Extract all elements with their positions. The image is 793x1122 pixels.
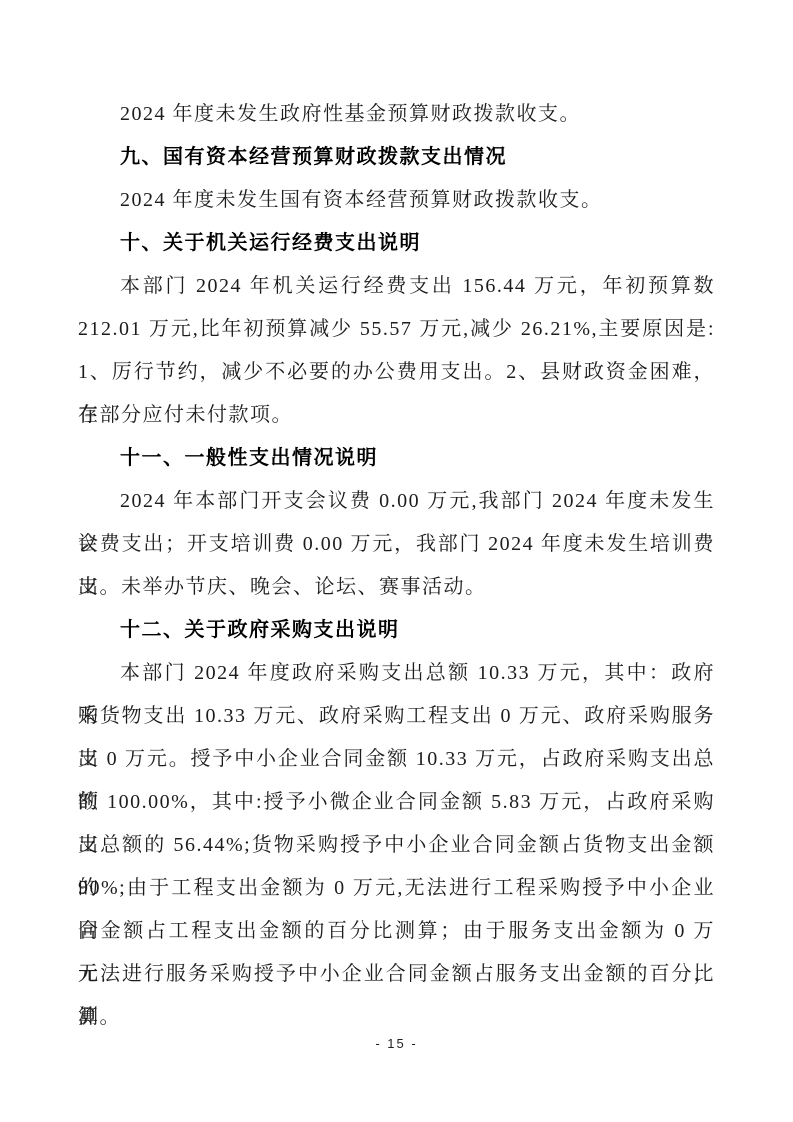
paragraph-procurement-line-2: 购货物支出 10.33 万元、政府采购工程支出 0 万元、政府采购服务支 [78, 695, 715, 738]
paragraph-operating-line-4: 在部分应付未付款项。 [78, 394, 715, 437]
heading-section-9: 九、国有资本经营预算财政拨款支出情况 [78, 136, 715, 179]
paragraph-procurement-line-5: 出总额的 56.44%;货物采购授予中小企业合同金额占货物支出金额的 [78, 824, 715, 867]
paragraph-procurement-line-8: 无法进行服务采购授予中小企业合同金额占服务支出金额的百分比测 [78, 953, 715, 996]
paragraph-state-capital-line: 2024 年度未发生国有资本经营预算财政拨款收支。 [78, 179, 715, 222]
paragraph-procurement-line-7: 同金额占工程支出金额的百分比测算；由于服务支出金额为 0 万元， [78, 910, 715, 953]
paragraph-general-line-2: 议费支出；开支培训费 0.00 万元，我部门 2024 年度未发生培训费支 [78, 523, 715, 566]
paragraph-general-line-3: 出。未举办节庆、晚会、论坛、赛事活动。 [78, 566, 715, 609]
page-number: - 15 - [0, 1034, 793, 1054]
paragraph-procurement-line-9: 算。 [78, 996, 715, 1039]
document-content: 2024 年度未发生政府性基金预算财政拨款收支。 九、国有资本经营预算财政拨款支… [78, 93, 715, 1039]
paragraph-procurement-line-4: 的 100.00%，其中:授予小微企业合同金额 5.83 万元，占政府采购支 [78, 781, 715, 824]
paragraph-operating-line-3: 1、厉行节约，减少不必要的办公费用支出。2、县财政资金困难，存 [78, 351, 715, 394]
paragraph-procurement-line-6: 90%;由于工程支出金额为 0 万元,无法进行工程采购授予中小企业合 [78, 867, 715, 910]
paragraph-operating-line-2: 212.01 万元,比年初预算减少 55.57 万元,减少 26.21%,主要原… [78, 308, 715, 351]
heading-section-12: 十二、关于政府采购支出说明 [78, 609, 715, 652]
heading-section-10: 十、关于机关运行经费支出说明 [78, 222, 715, 265]
paragraph-general-line-1: 2024 年本部门开支会议费 0.00 万元,我部门 2024 年度未发生会 [78, 480, 715, 523]
paragraph-gov-fund-line: 2024 年度未发生政府性基金预算财政拨款收支。 [78, 93, 715, 136]
heading-section-11: 十一、一般性支出情况说明 [78, 437, 715, 480]
document-page: 2024 年度未发生政府性基金预算财政拨款收支。 九、国有资本经营预算财政拨款支… [0, 0, 793, 1122]
paragraph-procurement-line-3: 出 0 万元。授予中小企业合同金额 10.33 万元，占政府采购支出总额 [78, 738, 715, 781]
paragraph-procurement-line-1: 本部门 2024 年度政府采购支出总额 10.33 万元，其中：政府采 [78, 652, 715, 695]
paragraph-operating-line-1: 本部门 2024 年机关运行经费支出 156.44 万元，年初预算数 [78, 265, 715, 308]
